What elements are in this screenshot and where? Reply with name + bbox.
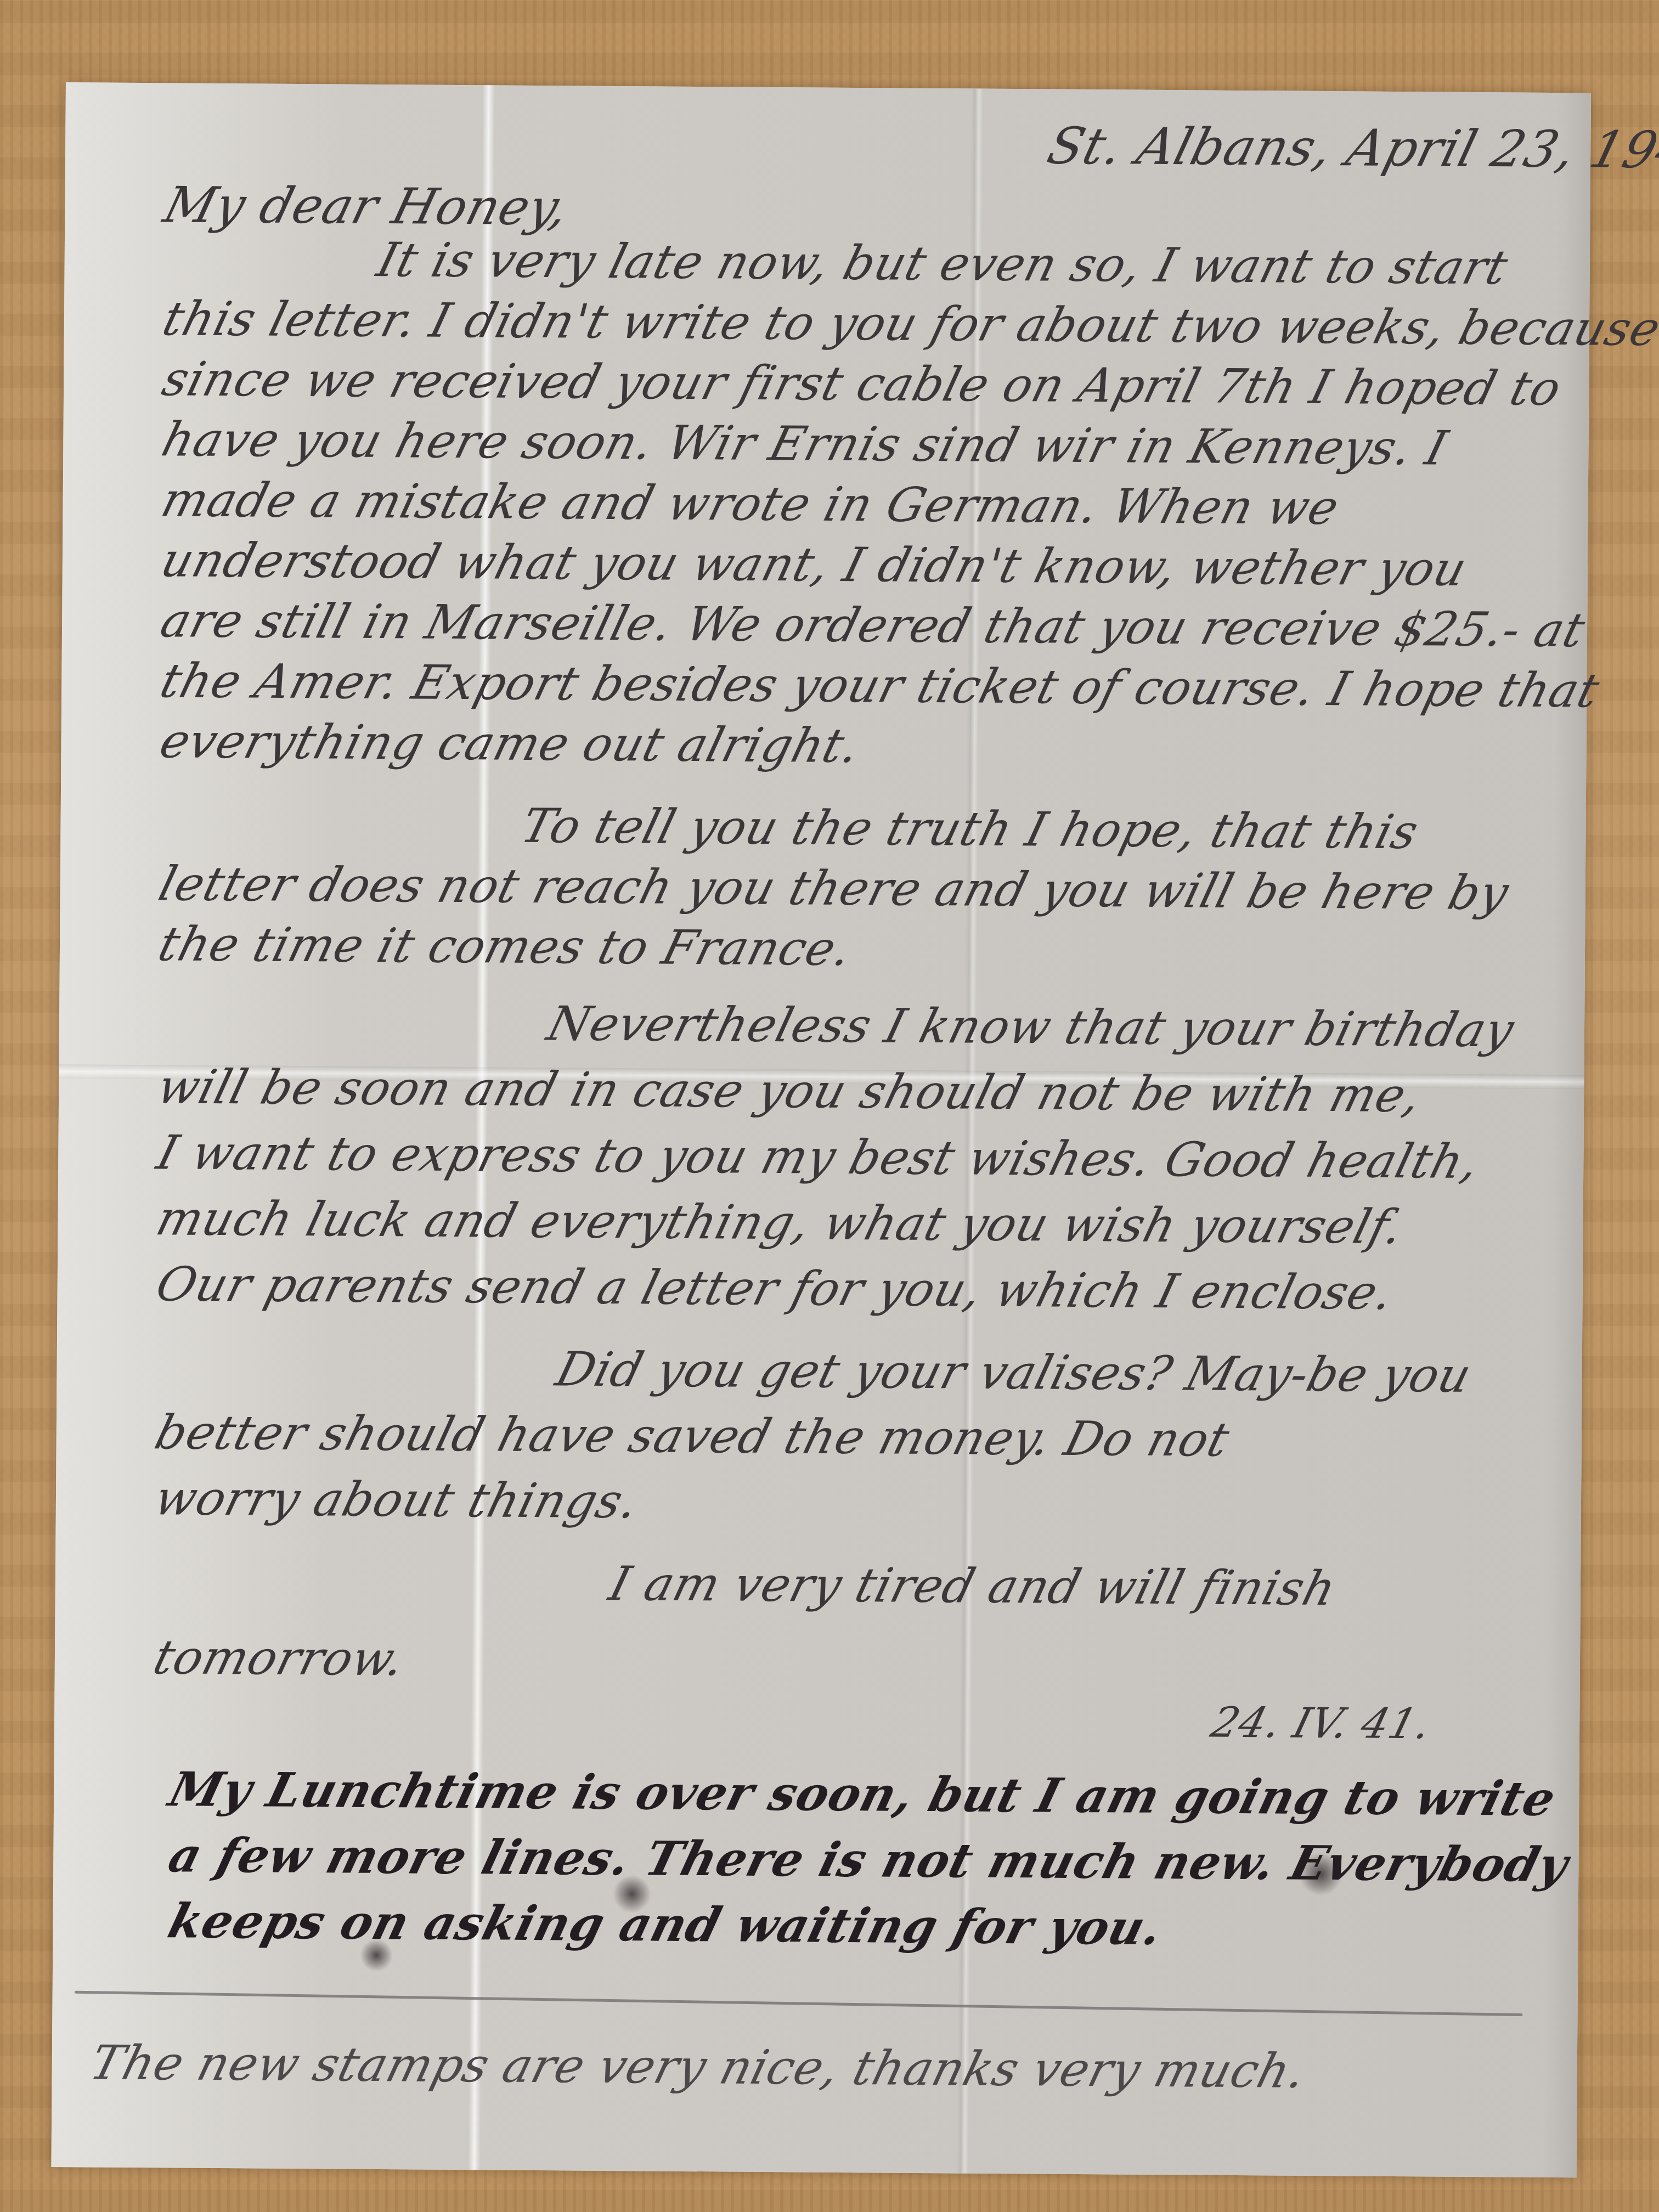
separator-line	[75, 1991, 1523, 2016]
postscript: The new stamps are very nice, thanks ver…	[84, 2036, 1312, 2099]
body-line: have you here soon. Wir Ernis sind wir i…	[156, 412, 1453, 476]
body-line: much luck and everything, what you wish …	[151, 1191, 1409, 1255]
letter-sheet: St. Albans, April 23, 1941 My dear Honey…	[51, 82, 1590, 2177]
body-line: To tell you the truth I hope, that this	[516, 799, 1424, 860]
body-line: tomorrow.	[148, 1630, 411, 1686]
body-line: I want to express to you my best wishes.…	[151, 1125, 1485, 1189]
ink-blot	[613, 1875, 651, 1913]
continuation-line: My Lunchtime is over soon, but I am goin…	[163, 1762, 1562, 1826]
body-line: better should have saved the money. Do n…	[149, 1405, 1235, 1467]
body-line: since we received your first cable on Ap…	[157, 352, 1567, 416]
body-line: Did you get your valises? May-be you	[550, 1342, 1477, 1403]
body-line: made a mistake and wrote in German. When…	[156, 472, 1345, 535]
continuation-line: a few more lines. There is not much new.…	[163, 1827, 1574, 1893]
body-line: It is very late now, but even so, I want…	[371, 233, 1514, 295]
letter-place-date: St. Albans, April 23, 1941	[1042, 117, 1659, 180]
body-line: understood what you want, I didn't know,…	[156, 533, 1473, 596]
body-line: the time it comes to France.	[153, 917, 857, 977]
body-line: are still in Marseille. We ordered that …	[155, 593, 1591, 658]
body-line: letter does not reach you there and you …	[153, 856, 1514, 921]
body-line: will be soon and in case you should not …	[152, 1059, 1427, 1123]
body-line: everything came out alright.	[154, 714, 866, 774]
body-line: Our parents send a letter for you, which…	[150, 1257, 1399, 1321]
body-line: I am very tired and will finish	[604, 1556, 1342, 1616]
ink-blot	[1299, 1852, 1343, 1897]
body-line: this letter. I didn't write to you for a…	[157, 291, 1659, 357]
continuation-line: keeps on asking and waiting for you.	[162, 1893, 1168, 1955]
body-line: Nevertheless I know that your birthday	[542, 996, 1520, 1058]
body-line: worry about things.	[149, 1471, 645, 1529]
continuation-date: 24. IV. 41.	[1206, 1698, 1437, 1748]
letter-salutation: My dear Honey,	[158, 176, 575, 236]
body-line: the Amer. Export besides your ticket of …	[155, 653, 1605, 718]
ink-blot	[360, 1939, 393, 1972]
